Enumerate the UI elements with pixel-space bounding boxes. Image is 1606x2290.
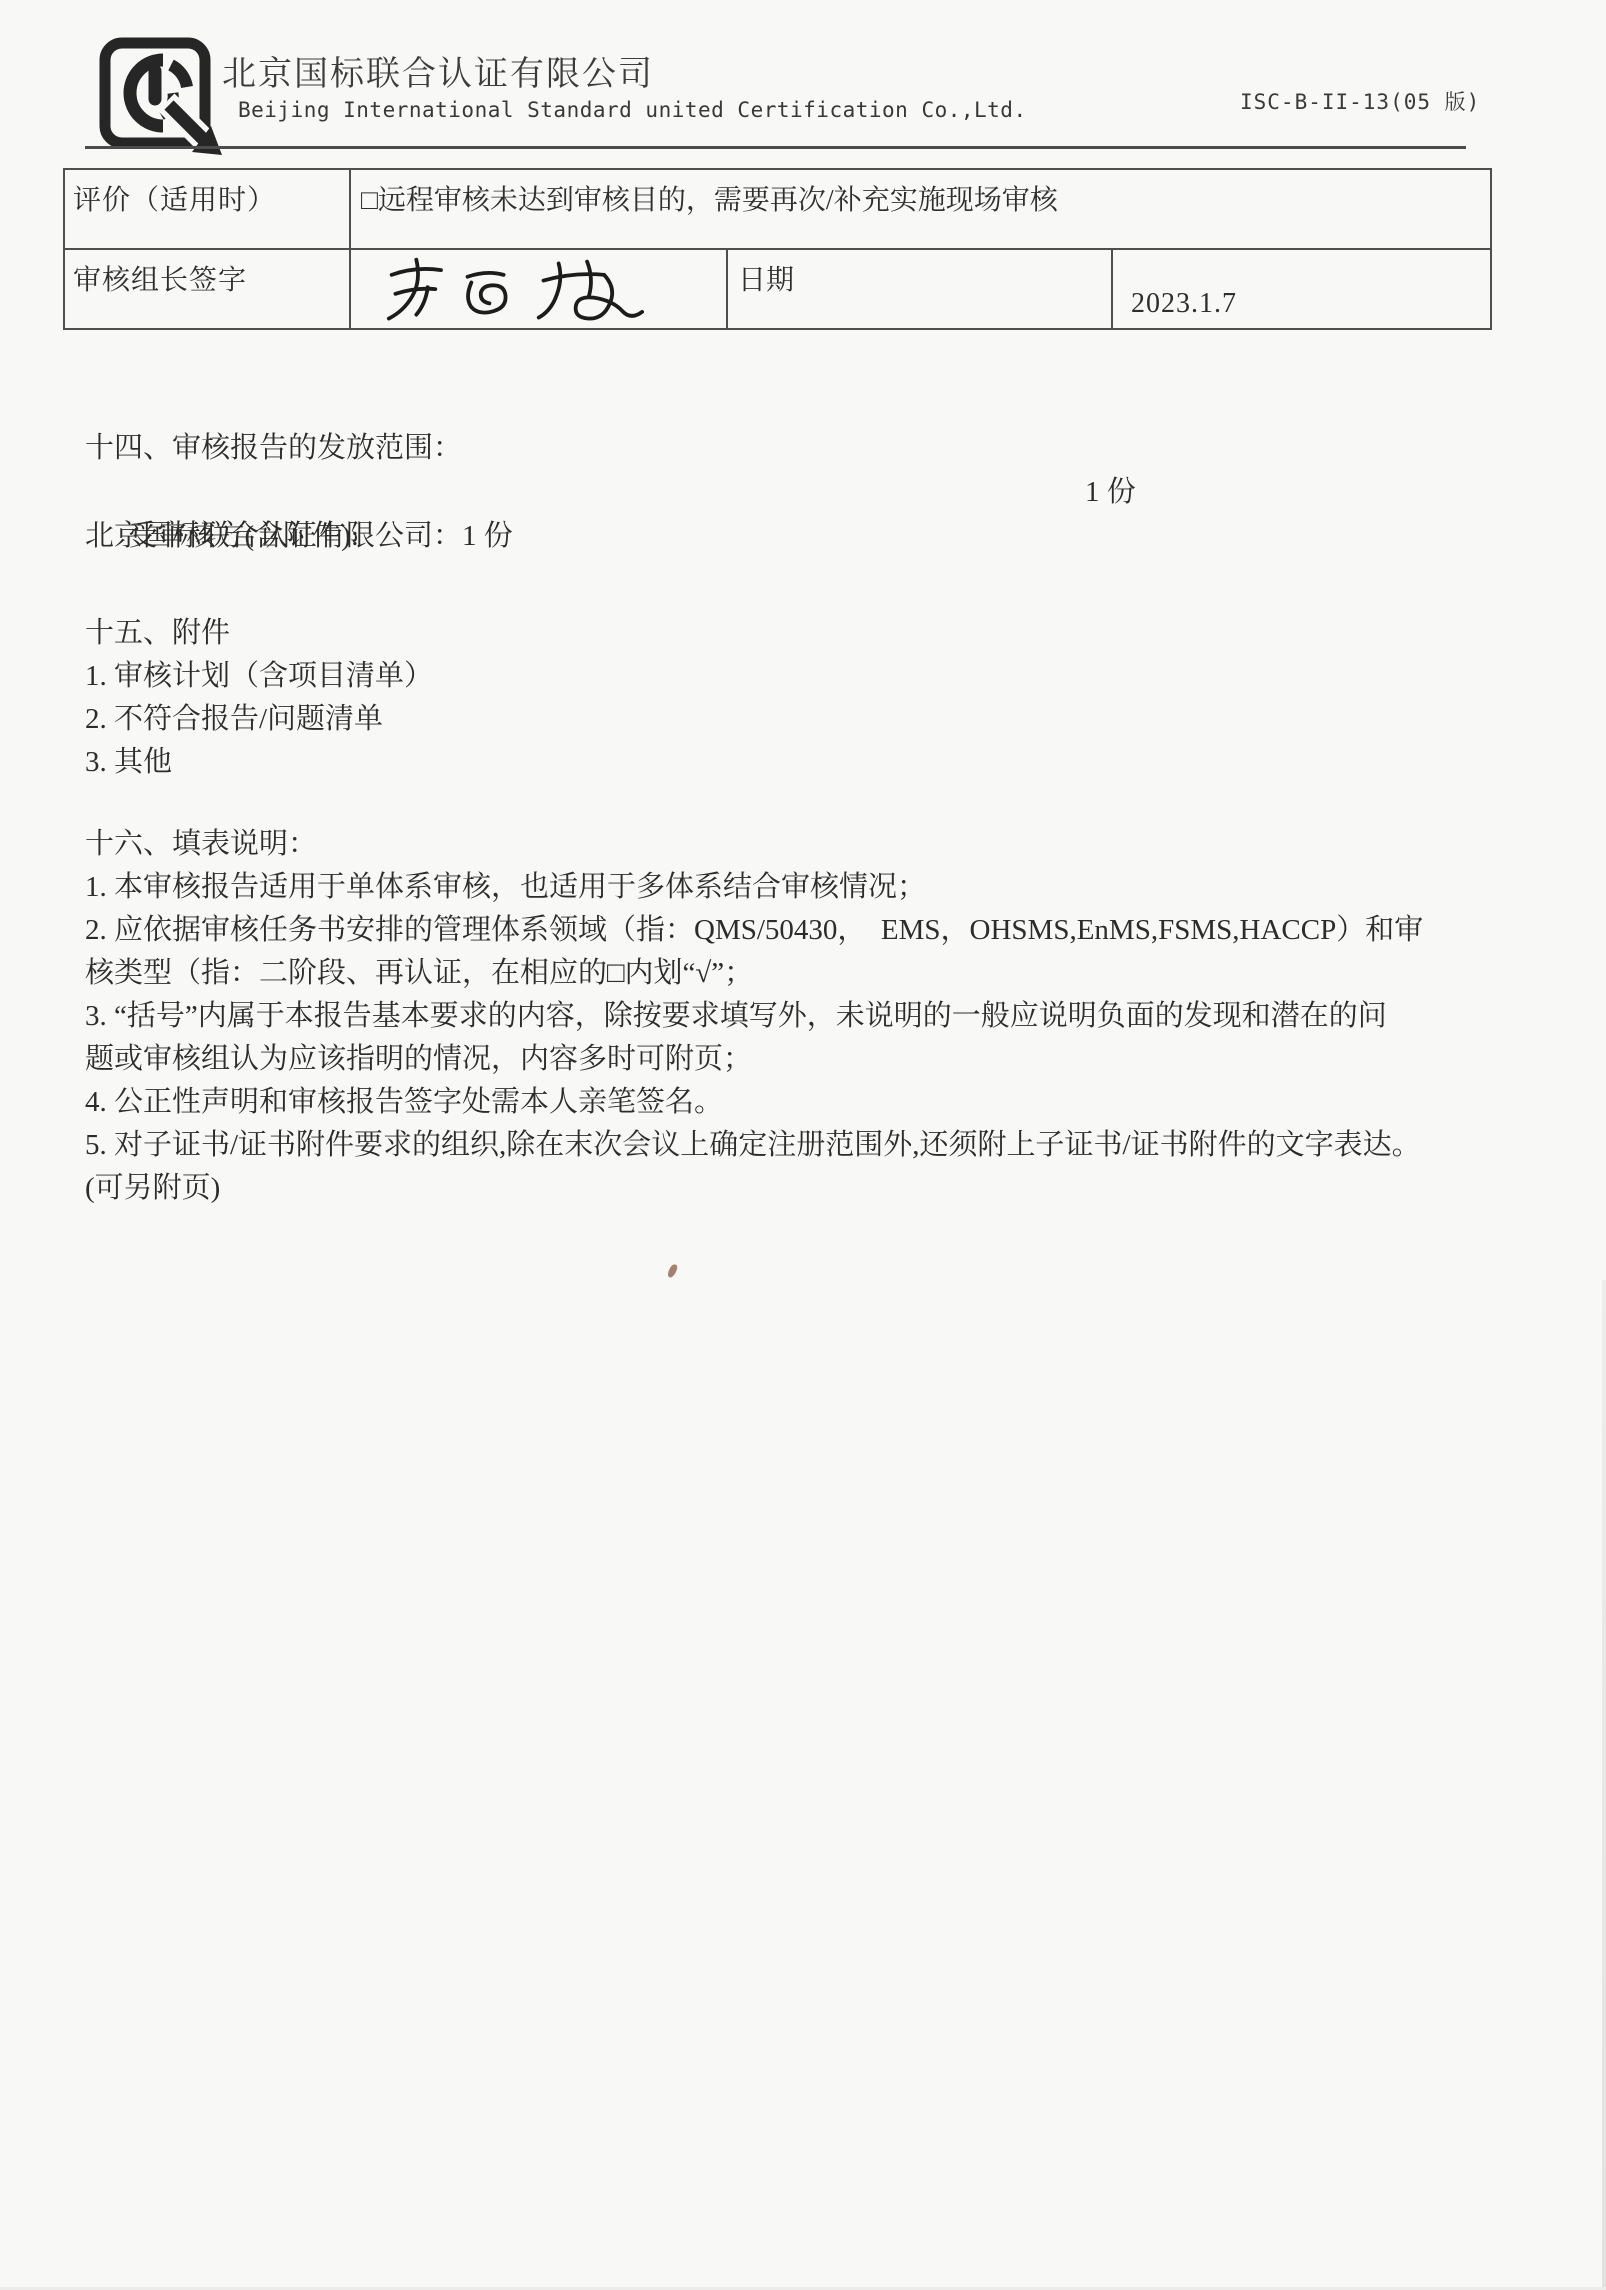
section-instructions: 十六、填表说明： 1. 本审核报告适用于单体系审核，也适用于多体系结合审核情况；… (85, 823, 1530, 1210)
evaluation-label: 评价（适用时） (64, 169, 350, 249)
handwritten-signature (365, 254, 665, 328)
document-code: ISC-B-II-13(05 版) (1240, 86, 1480, 116)
instruction-line: 核类型（指：二阶段、再认证，在相应的□内划“√”； (85, 952, 1530, 995)
company-name-cn: 北京国标联合认证有限公司 (222, 46, 654, 95)
instruction-line: 3. “括号”内属于本报告基本要求的内容，除按要求填写外，未说明的一般应说明负面… (85, 995, 1530, 1038)
attachment-item: 2. 不符合报告/问题清单 (85, 698, 1530, 741)
evaluation-checkbox-text: □远程审核未达到审核目的，需要再次/补充实施现场审核 (350, 169, 1491, 249)
section-distribution: 十四、审核报告的发放范围： 受审核方(含附件): 1 份 北京国标联合认证有限公… (85, 426, 1530, 558)
date-value: 2023.1.7 (1112, 249, 1491, 329)
auditee-copies-value: 1 份 (1085, 470, 1136, 514)
leader-signature-label: 审核组长签字 (64, 249, 350, 329)
instruction-line: (可另附页) (85, 1167, 1530, 1210)
company-name-en: Beijing International Standard united Ce… (238, 98, 1027, 122)
scanned-audit-report-page: 北京国标联合认证有限公司 Beijing International Stand… (0, 0, 1606, 2290)
leader-signature-cell (350, 249, 727, 329)
instruction-line: 1. 本审核报告适用于单体系审核，也适用于多体系结合审核情况； (85, 866, 1530, 909)
scan-edge-artifact (1602, 1280, 1606, 2290)
date-label: 日期 (727, 249, 1112, 329)
attachment-item: 3. 其他 (85, 741, 1530, 784)
section-attachments: 十五、附件 1. 审核计划（含项目清单） 2. 不符合报告/问题清单 3. 其他 (85, 612, 1530, 784)
instruction-line: 题或审核组认为应该指明的情况，内容多时可附页； (85, 1038, 1530, 1081)
section14-heading: 十四、审核报告的发放范围： (85, 426, 1530, 470)
scan-speck-artifact (666, 1263, 678, 1279)
section15-heading: 十五、附件 (85, 612, 1530, 655)
instruction-line: 5. 对子证书/证书附件要求的组织,除在末次会议上确定注册范围外,还须附上子证书… (85, 1124, 1530, 1167)
attachment-item: 1. 审核计划（含项目清单） (85, 655, 1530, 698)
section16-heading: 十六、填表说明： (85, 823, 1530, 866)
signature-table: 评价（适用时） □远程审核未达到审核目的，需要再次/补充实施现场审核 审核组长签… (63, 168, 1492, 330)
table-row-evaluation: 评价（适用时） □远程审核未达到审核目的，需要再次/补充实施现场审核 (64, 169, 1491, 249)
auditee-copies-label: 受审核方(含附件): (129, 520, 359, 552)
instruction-line: 4. 公正性声明和审核报告签字处需本人亲笔签名。 (85, 1081, 1530, 1124)
table-row-signature: 审核组长签字 日期 (64, 249, 1491, 329)
auditee-copies-line: 受审核方(含附件): 1 份 (85, 470, 1530, 514)
header-divider (85, 146, 1466, 149)
instruction-line: 2. 应依据审核任务书安排的管理体系领域（指：QMS/50430， EMS，OH… (85, 909, 1530, 952)
